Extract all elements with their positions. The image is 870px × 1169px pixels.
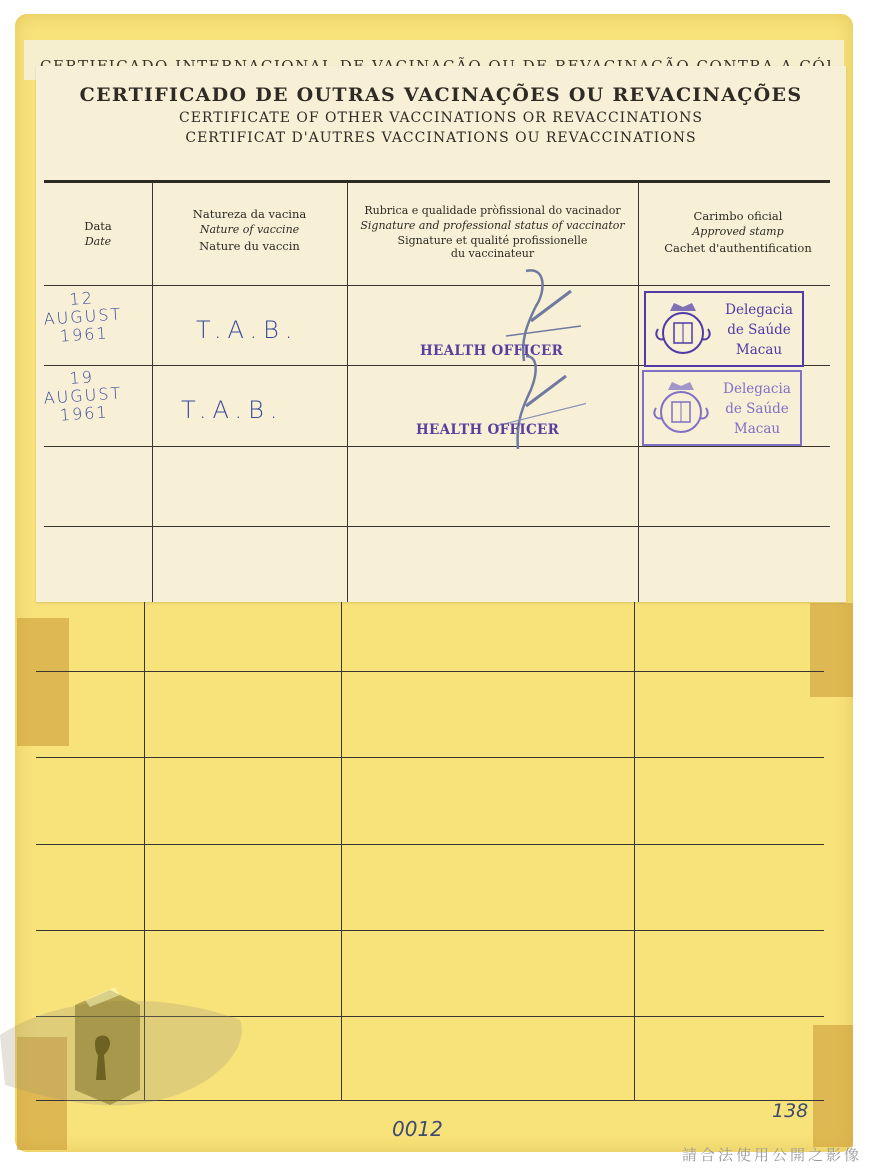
certificate-page: CERTIFICADO DE OUTRAS VACINAÇÕES OU REVA… (36, 66, 846, 602)
tape-right-top (810, 603, 853, 697)
grid-vline (634, 600, 635, 1100)
header-vaccine-fr: Nature du vaccin (152, 238, 347, 254)
row1-vaccine: T.A.B. (196, 316, 298, 344)
row2-stamp-line3: Macau (714, 419, 800, 439)
grid-hline (36, 757, 824, 758)
row-divider (44, 526, 830, 527)
header-date-pt: Data (44, 218, 152, 234)
grid-hline (36, 671, 824, 672)
title-portuguese: CERTIFICADO DE OUTRAS VACINAÇÕES OU REVA… (36, 84, 846, 106)
column-header-vaccine: Natureza da vacina Nature of vaccine Nat… (152, 206, 347, 254)
column-header-signature: Rubrica e qualidade pròfissional do vaci… (347, 203, 638, 260)
header-signature-fr2: du vaccinateur (347, 248, 638, 260)
row2-date: 19 AUGUST 1961 (26, 365, 139, 427)
column-header-stamp: Carimbo oficial Approved stamp Cachet d'… (638, 208, 838, 256)
row2-vaccine: T.A.B. (181, 396, 283, 424)
tape-right-bottom (813, 1025, 853, 1147)
tape-left-top (17, 618, 69, 746)
row2-signature-scrawl (476, 351, 586, 456)
header-stamp-en: Approved stamp (638, 224, 838, 240)
page-number: 138 (772, 1100, 808, 1122)
header-vaccine-pt: Natureza da vacina (152, 206, 347, 222)
column-header-date: Data Date (44, 218, 152, 250)
macau-crest-icon (652, 299, 714, 361)
header-rule (44, 180, 830, 183)
row1-date: 12 AUGUST 1961 (26, 286, 139, 348)
header-stamp-fr: Cachet d'authentification (638, 240, 838, 256)
row1-official-stamp: Delegacia de Saúde Macau (644, 291, 804, 367)
header-signature-pt: Rubrica e qualidade pròfissional do vaci… (347, 203, 638, 218)
title-block: CERTIFICADO DE OUTRAS VACINAÇÕES OU REVA… (36, 84, 846, 146)
header-vaccine-en: Nature of vaccine (152, 222, 347, 238)
row1-stamp-line3: Macau (716, 340, 802, 360)
row1-stamp-line1: Delegacia (716, 300, 802, 320)
row2-officer-title: HEALTH OFFICER (416, 422, 559, 438)
usage-notice: 請合法使用公開之影像 (682, 1144, 862, 1165)
row1-stamp-line2: de Saúde (716, 320, 802, 340)
row2-official-stamp: Delegacia de Saúde Macau (642, 370, 802, 446)
grid-hline (36, 844, 824, 845)
title-english: CERTIFICATE OF OTHER VACCINATIONS OR REV… (36, 110, 846, 126)
header-stamp-pt: Carimbo oficial (638, 208, 838, 224)
row1-stamp-text: Delegacia de Saúde Macau (716, 300, 802, 360)
archive-watermark-logo (0, 975, 250, 1125)
header-date-en: Date (44, 234, 152, 250)
row2-stamp-text: Delegacia de Saúde Macau (714, 379, 800, 439)
row2-stamp-line2: de Saúde (714, 399, 800, 419)
row-divider (44, 446, 830, 447)
row-divider (44, 285, 830, 286)
header-signature-fr: Signature et qualité profissionelle (347, 233, 638, 248)
row2-stamp-line1: Delegacia (714, 379, 800, 399)
archive-number: 0012 (392, 1117, 443, 1141)
header-signature-en: Signature and professional status of vac… (347, 218, 638, 233)
macau-crest-icon (650, 378, 712, 440)
title-french: CERTIFICAT D'AUTRES VACCINATIONS OU REVA… (36, 130, 846, 146)
grid-hline (36, 930, 824, 931)
grid-vline (341, 600, 342, 1100)
